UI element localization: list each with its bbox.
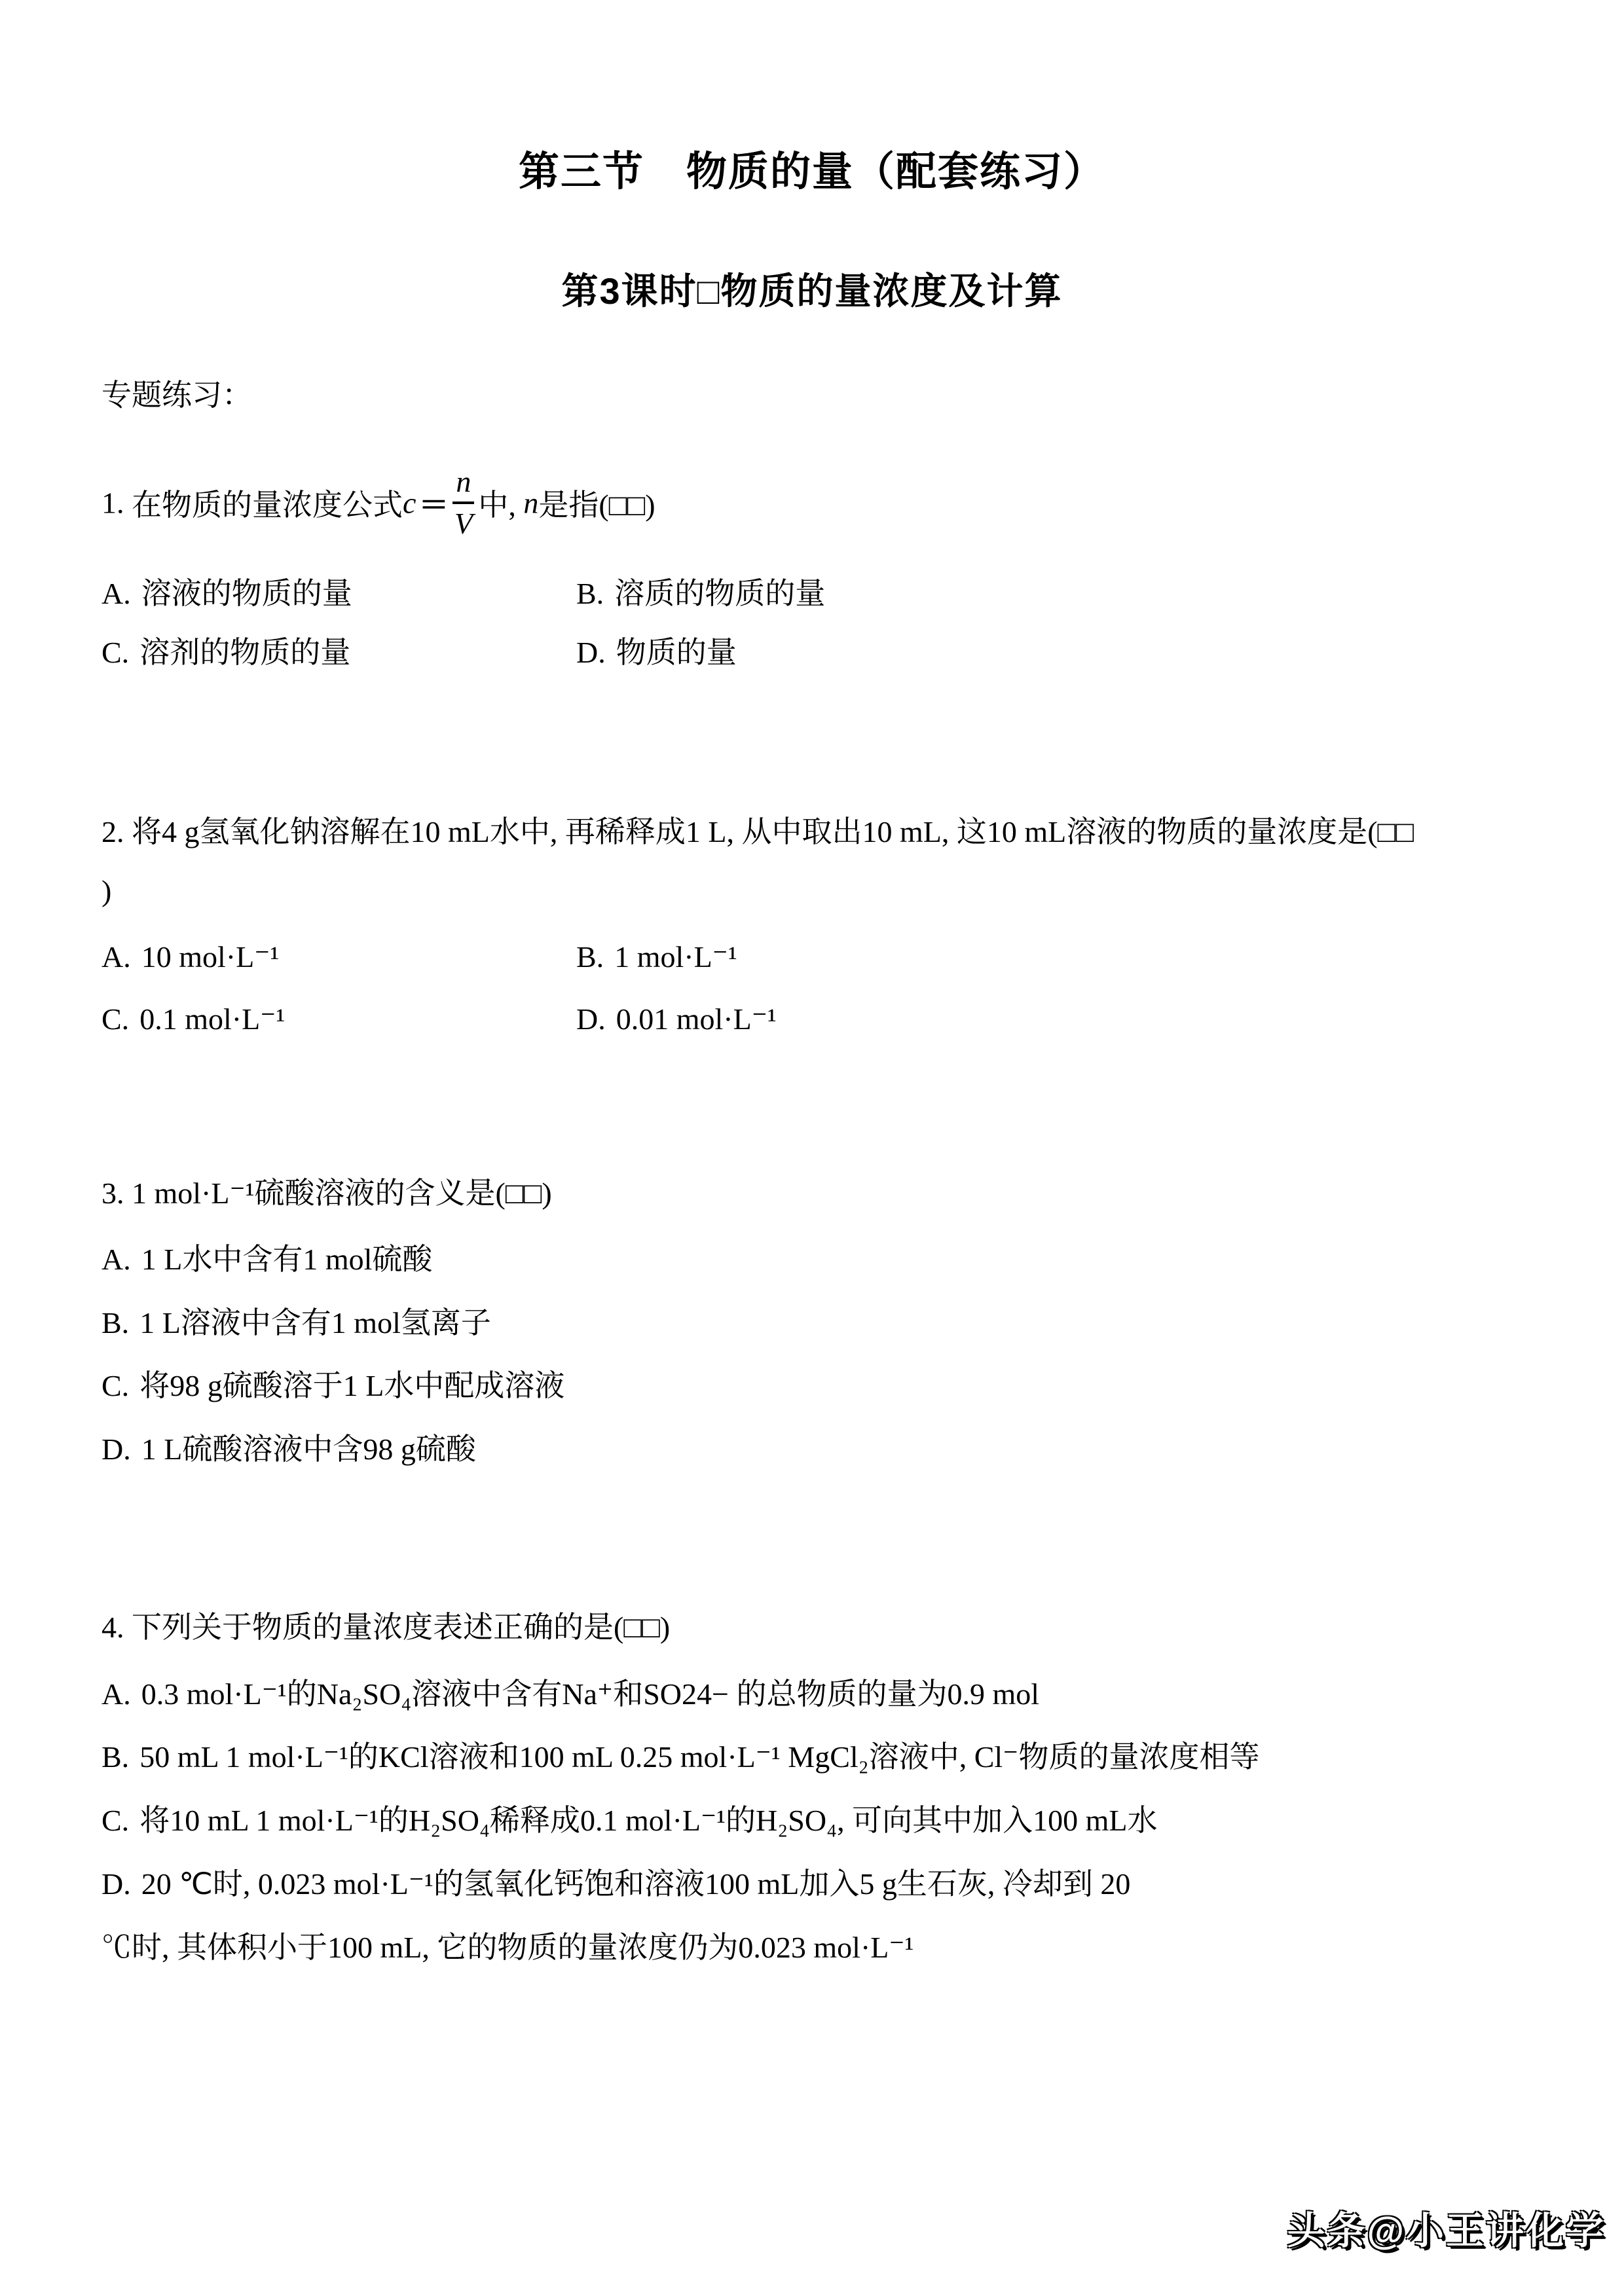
option-q4-b: B.50 mL 1 mol·L⁻¹的KCl溶液和100 mL 0.25 mol·…	[101, 1739, 1259, 1776]
option-label: D.	[576, 1002, 606, 1036]
option-text: 0.1 mol·L⁻¹	[139, 1002, 285, 1036]
option-label: D.	[576, 636, 606, 669]
option-label: A.	[101, 1677, 131, 1711]
question-stem-text: )	[101, 874, 111, 907]
formula-variable-n: n	[523, 486, 538, 520]
option-text: 1 L水中含有1 mol硫酸	[141, 1243, 433, 1276]
option-label: A.	[101, 1243, 131, 1276]
option-q4-d-continuation: ℃时, 其体积小于100 mL, 它的物质的量浓度仍为0.023 mol·L⁻¹	[101, 1929, 913, 1966]
option-q1-b: B.溶质的物质的量	[576, 575, 825, 612]
question-stem-text: 下列关于物质的量浓度表述正确的是(□□)	[132, 1611, 670, 1644]
worksheet-page: 第三节 物质的量（配套练习） 第3课时□物质的量浓度及计算 专题练习： 1. 在…	[0, 0, 1624, 2296]
question-2-stem: 2. 将4 g氢氧化钠溶解在10 mL水中, 再稀释成1 L, 从中取出10 m…	[101, 814, 1414, 850]
option-text: 溶液的物质的量	[141, 577, 352, 610]
option-text: 0.3 mol·L⁻¹的Na₂SO₄溶液中含有Na⁺和SO24− 的总物质的量为…	[141, 1677, 1039, 1711]
option-text: 0.01 mol·L⁻¹	[616, 1002, 777, 1036]
option-text: 溶剂的物质的量	[139, 636, 350, 669]
question-1-stem: 1. 在物质的量浓度公式c＝nV中, n是指(□□)	[101, 467, 655, 539]
option-text: 50 mL 1 mol·L⁻¹的KCl溶液和100 mL 0.25 mol·L⁻…	[139, 1740, 1259, 1774]
fraction-denominator: V	[452, 504, 474, 539]
option-q2-d: D.0.01 mol·L⁻¹	[576, 1001, 777, 1038]
option-label: D.	[101, 1867, 131, 1901]
option-q4-c: C.将10 mL 1 mol·L⁻¹的H₂SO₄稀释成0.1 mol·L⁻¹的H…	[101, 1802, 1158, 1839]
option-q2-a: A.10 mol·L⁻¹	[101, 939, 279, 975]
option-q3-a: A.1 L水中含有1 mol硫酸	[101, 1241, 432, 1278]
option-text: ℃时, 其体积小于100 mL, 它的物质的量浓度仍为0.023 mol·L⁻¹	[101, 1931, 913, 1964]
section-label: 专题练习：	[101, 377, 252, 414]
option-q1-d: D.物质的量	[576, 634, 737, 671]
option-text: 1 mol·L⁻¹	[614, 940, 737, 974]
option-label: B.	[101, 1306, 129, 1339]
question-stem-text: 1 mol·L⁻¹硫酸溶液的含义是(□□)	[132, 1176, 552, 1210]
question-number: 4.	[101, 1611, 132, 1644]
option-q1-a: A.溶液的物质的量	[101, 575, 352, 612]
fraction-numerator: n	[452, 467, 474, 504]
option-q4-a: A.0.3 mol·L⁻¹的Na₂SO₄溶液中含有Na⁺和SO24− 的总物质的…	[101, 1676, 1039, 1713]
option-q3-b: B.1 L溶液中含有1 mol氢离子	[101, 1305, 491, 1341]
formula-variable-c: c	[403, 486, 416, 520]
option-label: B.	[576, 940, 604, 974]
page-subtitle: 第3课时□物质的量浓度及计算	[0, 270, 1624, 313]
option-text: 溶质的物质的量	[614, 577, 825, 610]
option-label: C.	[101, 636, 129, 669]
option-text: 20 ℃时, 0.023 mol·L⁻¹的氢氧化钙饱和溶液100 mL加入5 g…	[141, 1867, 1131, 1901]
option-label: C.	[101, 1002, 129, 1036]
question-stem-text: 将4 g氢氧化钠溶解在10 mL水中, 再稀释成1 L, 从中取出10 mL, …	[132, 815, 1414, 848]
question-number: 3.	[101, 1176, 132, 1210]
option-q4-d: D.20 ℃时, 0.023 mol·L⁻¹的氢氧化钙饱和溶液100 mL加入5…	[101, 1866, 1130, 1903]
option-q3-c: C.将98 g硫酸溶于1 L水中配成溶液	[101, 1368, 564, 1404]
option-q3-d: D.1 L硫酸溶液中含98 g硫酸	[101, 1431, 476, 1468]
option-q1-c: C.溶剂的物质的量	[101, 634, 350, 671]
question-3-stem: 3. 1 mol·L⁻¹硫酸溶液的含义是(□□)	[101, 1175, 552, 1212]
option-text: 将98 g硫酸溶于1 L水中配成溶液	[139, 1369, 564, 1402]
option-label: D.	[101, 1432, 131, 1466]
question-4-stem: 4. 下列关于物质的量浓度表述正确的是(□□)	[101, 1609, 670, 1646]
page-title: 第三节 物质的量（配套练习）	[0, 149, 1624, 195]
watermark: 头条@小王讲化学	[1287, 2210, 1606, 2252]
option-q2-b: B.1 mol·L⁻¹	[576, 939, 737, 975]
question-stem-text: 是指(□□)	[538, 488, 655, 522]
option-text: 1 L溶液中含有1 mol氢离子	[139, 1306, 491, 1339]
question-number: 1.	[101, 486, 132, 520]
formula-fraction: nV	[452, 467, 474, 539]
option-label: C.	[101, 1804, 129, 1837]
option-label: A.	[101, 577, 131, 610]
question-stem-text: 在物质的量浓度公式	[132, 488, 403, 522]
option-text: 物质的量	[616, 636, 737, 669]
option-label: A.	[101, 940, 131, 974]
formula-equals-sign: ＝	[416, 488, 451, 522]
option-text: 1 L硫酸溶液中含98 g硫酸	[141, 1432, 476, 1466]
option-label: B.	[101, 1740, 129, 1774]
question-2-stem-wrap: )	[101, 873, 111, 909]
option-text: 10 mol·L⁻¹	[141, 940, 280, 974]
option-label: C.	[101, 1369, 129, 1402]
option-text: 将10 mL 1 mol·L⁻¹的H₂SO₄稀释成0.1 mol·L⁻¹的H₂S…	[139, 1804, 1157, 1837]
question-stem-text: 中,	[478, 488, 523, 522]
option-q2-c: C.0.1 mol·L⁻¹	[101, 1001, 285, 1038]
question-number: 2.	[101, 815, 132, 848]
option-label: B.	[576, 577, 604, 610]
